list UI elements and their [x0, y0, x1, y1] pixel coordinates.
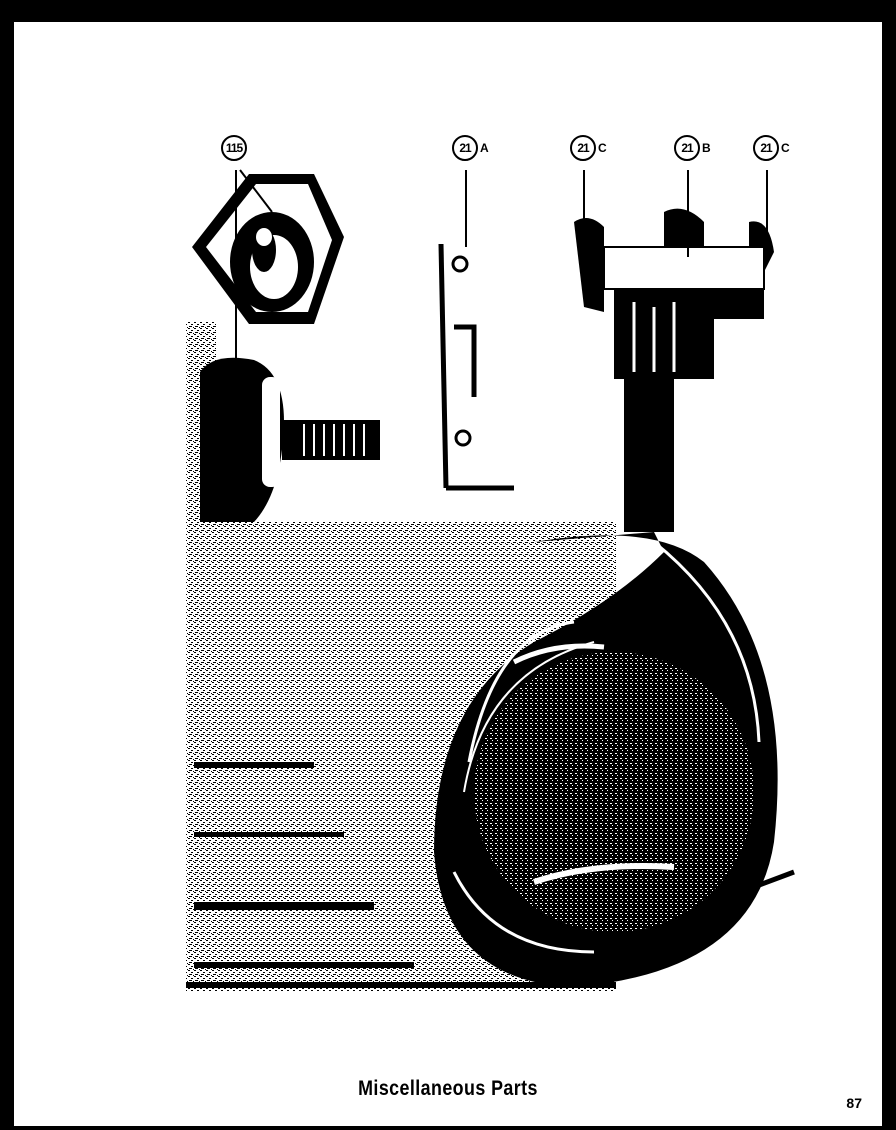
callout-21a: 21 A	[452, 135, 489, 161]
knob-part	[200, 358, 380, 522]
callout-number: 21	[570, 135, 596, 161]
parts-diagram-page: 115 21 A 21 C 21 B 21 C Miscellaneous Pa…	[14, 22, 882, 1126]
callout-suffix: C	[781, 141, 790, 155]
callout-suffix: A	[480, 141, 489, 155]
callout-number: 21	[452, 135, 478, 161]
callout-suffix: C	[598, 141, 607, 155]
callout-suffix: B	[702, 141, 711, 155]
parts-photo	[14, 22, 882, 1126]
callout-21c-left: 21 C	[570, 135, 607, 161]
callout-number: 21	[674, 135, 700, 161]
callout-21c-right: 21 C	[753, 135, 790, 161]
callout-number: 115	[221, 135, 247, 161]
callout-number: 21	[753, 135, 779, 161]
callout-21b: 21 B	[674, 135, 711, 161]
hex-nut-part	[192, 174, 344, 324]
diagram-caption: Miscellaneous Parts	[79, 1077, 817, 1101]
switch-plate-part	[441, 244, 514, 488]
callout-115: 115	[221, 135, 247, 161]
page-number: 87	[846, 1095, 862, 1111]
